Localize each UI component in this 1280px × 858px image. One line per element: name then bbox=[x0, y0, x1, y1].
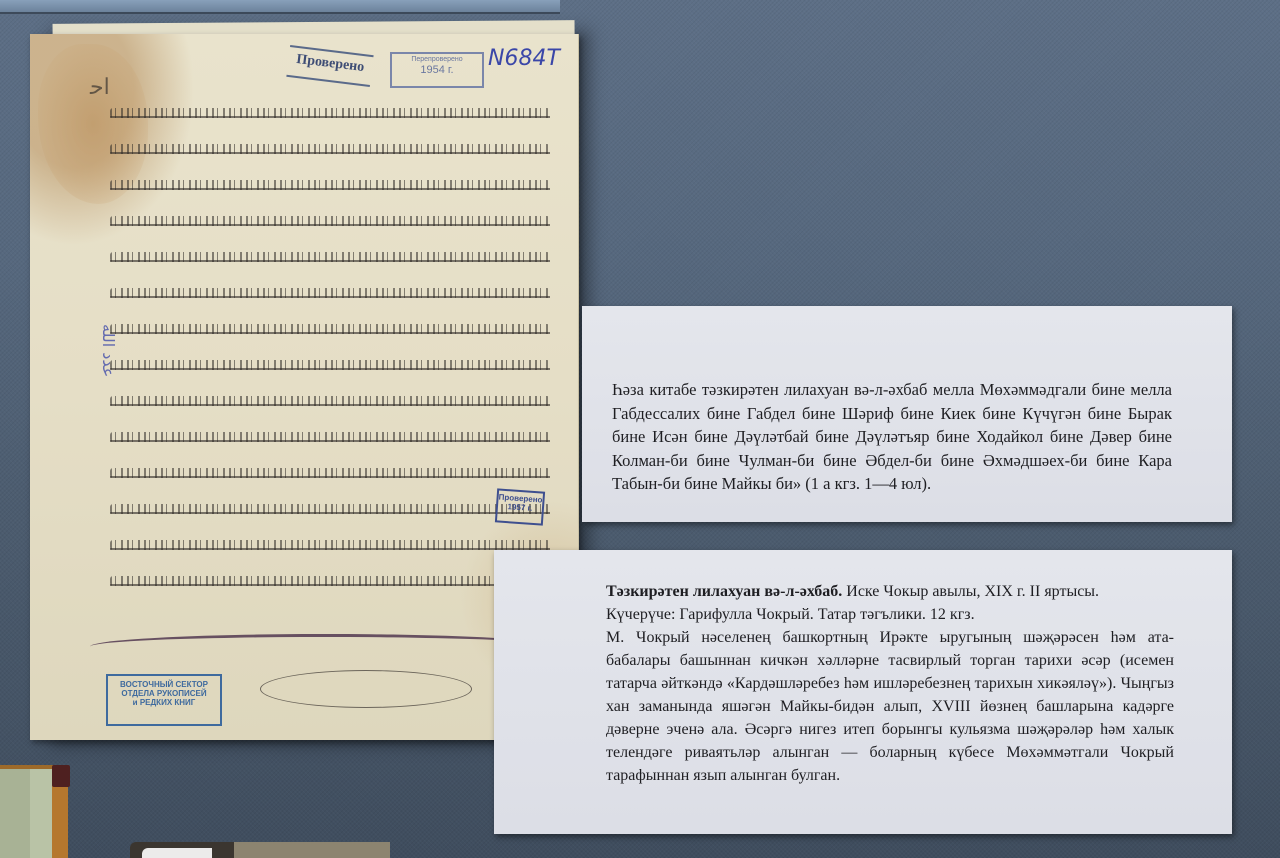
library-sector-stamp: ВОСТОЧНЫЙ СЕКТОР ОТДЕЛА РУКОПИСЕЙ и РЕДК… bbox=[106, 674, 222, 726]
sector-stamp-line2: ОТДЕЛА РУКОПИСЕЙ bbox=[108, 689, 220, 698]
script-line bbox=[110, 238, 550, 268]
script-line bbox=[110, 202, 550, 232]
script-line bbox=[110, 94, 550, 124]
script-line bbox=[110, 418, 550, 448]
recheck-stamp: Перепроверено 1954 г. bbox=[390, 52, 484, 88]
script-line bbox=[110, 526, 550, 556]
ink-oval bbox=[260, 670, 472, 708]
adjacent-artifact bbox=[130, 842, 390, 858]
script-line bbox=[110, 166, 550, 196]
manuscript-origin: Иске Чокыр авылы, XIX г. II яртысы. bbox=[842, 583, 1099, 600]
adjacent-book bbox=[0, 765, 68, 858]
exhibit-label-quote: Һәза китабе тәзкирәтен лилахуан вә-л-әхб… bbox=[582, 306, 1232, 522]
description-body: М. Чокрый нәселенең башкортның Ирәкте ыр… bbox=[606, 629, 1174, 784]
quote-text: Һәза китабе тәзкирәтен лилахуан вә-л-әхб… bbox=[612, 378, 1172, 496]
script-line bbox=[110, 490, 550, 520]
arabic-script-text bbox=[110, 94, 550, 598]
script-line bbox=[110, 346, 550, 376]
sector-stamp-line1: ВОСТОЧНЫЙ СЕКТОР bbox=[108, 680, 220, 689]
small-stamp-year: 1957 г. bbox=[507, 502, 532, 513]
manuscript-title: Тәзкирәтен лилахуан вә-л-әхбаб. bbox=[606, 583, 842, 600]
exhibit-label-description: Тәзкирәтен лилахуан вә-л-әхбаб. Иске Чок… bbox=[494, 550, 1232, 834]
script-line bbox=[110, 130, 550, 160]
description-text: Тәзкирәтен лилахуан вә-л-әхбаб. Иске Чок… bbox=[606, 580, 1174, 787]
margin-note: ﻋﺪﺩ ﺍﻟﻠﻪ bbox=[58, 324, 118, 484]
sector-stamp-line3: и РЕДКИХ КНИГ bbox=[108, 698, 220, 707]
recheck-stamp-year: 1954 г. bbox=[392, 64, 482, 77]
script-line bbox=[110, 562, 550, 592]
script-line bbox=[110, 274, 550, 304]
script-line bbox=[110, 310, 550, 340]
copyist-line: Күчерүче: Гарифулла Чокрый. Татар тәгъли… bbox=[606, 606, 975, 623]
display-case-frame bbox=[0, 0, 560, 14]
script-line bbox=[110, 454, 550, 484]
script-line bbox=[110, 382, 550, 412]
recheck-stamp-text: Перепроверено bbox=[411, 56, 462, 63]
inventory-number: N684T bbox=[488, 46, 560, 71]
corner-note: ﺍﺣ bbox=[90, 74, 110, 100]
verified-stamp: Проверено bbox=[286, 45, 373, 87]
small-verified-stamp: Проверено 1957 г. bbox=[495, 488, 545, 525]
